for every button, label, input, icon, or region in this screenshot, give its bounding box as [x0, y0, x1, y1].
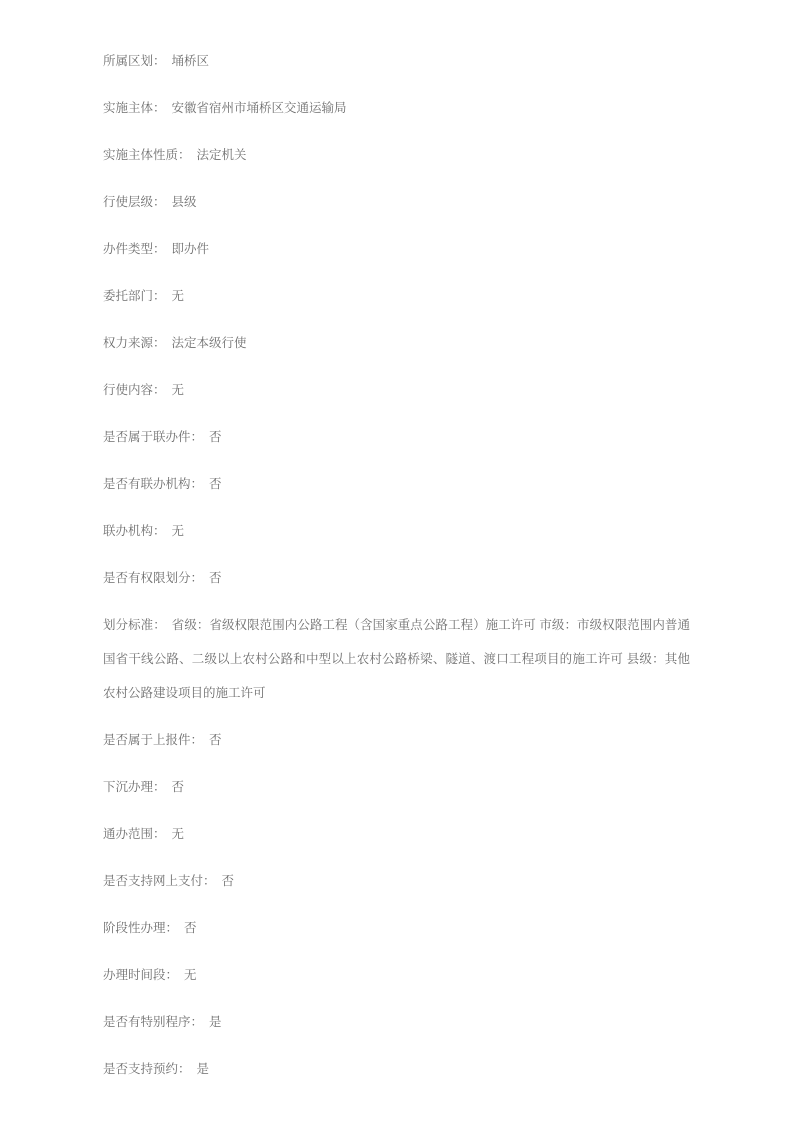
field-separator: ：	[166, 921, 179, 935]
field-separator: ：	[153, 289, 166, 303]
field-label: 权力来源	[103, 336, 153, 350]
field-value: 无	[172, 383, 185, 397]
document-page: 所属区划：埇桥区 实施主体：安徽省宿州市埇桥区交通运输局 实施主体性质：法定机关…	[0, 0, 793, 1129]
field-label: 划分标准	[103, 618, 153, 632]
field-label: 是否有联办机构	[103, 477, 191, 491]
field-label: 委托部门	[103, 289, 153, 303]
field-label: 办理时间段	[103, 968, 166, 982]
field-value: 无	[172, 827, 185, 841]
field-row: 办理时间段：无	[103, 958, 690, 992]
field-separator: ：	[166, 968, 179, 982]
field-label: 下沉办理	[103, 780, 153, 794]
field-value: 否	[172, 780, 185, 794]
field-row: 实施主体：安徽省宿州市埇桥区交通运输局	[103, 91, 690, 125]
fields-list: 所属区划：埇桥区 实施主体：安徽省宿州市埇桥区交通运输局 实施主体性质：法定机关…	[103, 44, 690, 1086]
field-row: 办件类型：即办件	[103, 232, 690, 266]
field-row: 是否属于上报件：否	[103, 723, 690, 757]
field-label: 通办范围	[103, 827, 153, 841]
field-separator: ：	[153, 242, 166, 256]
field-separator: ：	[153, 827, 166, 841]
field-label: 办件类型	[103, 242, 153, 256]
field-value: 安徽省宿州市埇桥区交通运输局	[172, 101, 347, 115]
field-value: 是	[197, 1062, 210, 1076]
field-label: 是否属于上报件	[103, 733, 191, 747]
field-value: 埇桥区	[172, 54, 210, 68]
field-row: 是否属于联办件：否	[103, 420, 690, 454]
field-value: 否	[184, 921, 197, 935]
field-separator: ：	[153, 336, 166, 350]
field-row: 下沉办理：否	[103, 770, 690, 804]
field-value: 无	[172, 524, 185, 538]
field-label: 实施主体性质	[103, 148, 178, 162]
field-row: 权力来源：法定本级行使	[103, 326, 690, 360]
field-value: 否	[209, 733, 222, 747]
field-row: 联办机构：无	[103, 514, 690, 548]
field-separator: ：	[153, 383, 166, 397]
field-label: 行使层级	[103, 195, 153, 209]
field-separator: ：	[191, 1015, 204, 1029]
field-row: 委托部门：无	[103, 279, 690, 313]
field-row: 行使层级：县级	[103, 185, 690, 219]
field-value: 县级	[172, 195, 197, 209]
field-label: 是否有特别程序	[103, 1015, 191, 1029]
field-label: 是否支持预约	[103, 1062, 178, 1076]
field-row: 行使内容：无	[103, 373, 690, 407]
field-row: 是否支持网上支付：否	[103, 864, 690, 898]
field-value: 是	[209, 1015, 222, 1029]
field-label: 联办机构	[103, 524, 153, 538]
field-row: 实施主体性质：法定机关	[103, 138, 690, 172]
field-value: 无	[184, 968, 197, 982]
field-separator: ：	[203, 874, 216, 888]
field-row: 是否有特别程序：是	[103, 1005, 690, 1039]
field-separator: ：	[153, 101, 166, 115]
field-label: 实施主体	[103, 101, 153, 115]
field-label: 所属区划	[103, 54, 153, 68]
field-separator: ：	[191, 571, 204, 585]
field-separator: ：	[153, 780, 166, 794]
field-value: 否	[209, 477, 222, 491]
field-separator: ：	[178, 1062, 191, 1076]
field-label: 是否支持网上支付	[103, 874, 203, 888]
field-value: 法定机关	[197, 148, 247, 162]
field-value: 法定本级行使	[172, 336, 247, 350]
field-row: 阶段性办理：否	[103, 911, 690, 945]
field-value: 无	[172, 289, 185, 303]
field-label: 行使内容	[103, 383, 153, 397]
field-row: 是否有联办机构：否	[103, 467, 690, 501]
field-label: 是否有权限划分	[103, 571, 191, 585]
field-label: 阶段性办理	[103, 921, 166, 935]
field-separator: ：	[178, 148, 191, 162]
field-row: 是否支持预约：是	[103, 1052, 690, 1086]
field-row: 划分标准：省级：省级权限范围内公路工程（含国家重点公路工程）施工许可 市级：市级…	[103, 608, 690, 710]
field-separator: ：	[191, 733, 204, 747]
field-row: 通办范围：无	[103, 817, 690, 851]
field-separator: ：	[153, 54, 166, 68]
field-value: 即办件	[172, 242, 210, 256]
field-value: 省级：省级权限范围内公路工程（含国家重点公路工程）施工许可 市级：市级权限范围内…	[103, 618, 690, 700]
field-separator: ：	[191, 477, 204, 491]
field-label: 是否属于联办件	[103, 430, 191, 444]
field-row: 所属区划：埇桥区	[103, 44, 690, 78]
field-separator: ：	[153, 524, 166, 538]
field-separator: ：	[191, 430, 204, 444]
field-separator: ：	[153, 618, 166, 632]
field-value: 否	[209, 571, 222, 585]
field-value: 否	[222, 874, 235, 888]
field-value: 否	[209, 430, 222, 444]
field-row: 是否有权限划分：否	[103, 561, 690, 595]
field-separator: ：	[153, 195, 166, 209]
